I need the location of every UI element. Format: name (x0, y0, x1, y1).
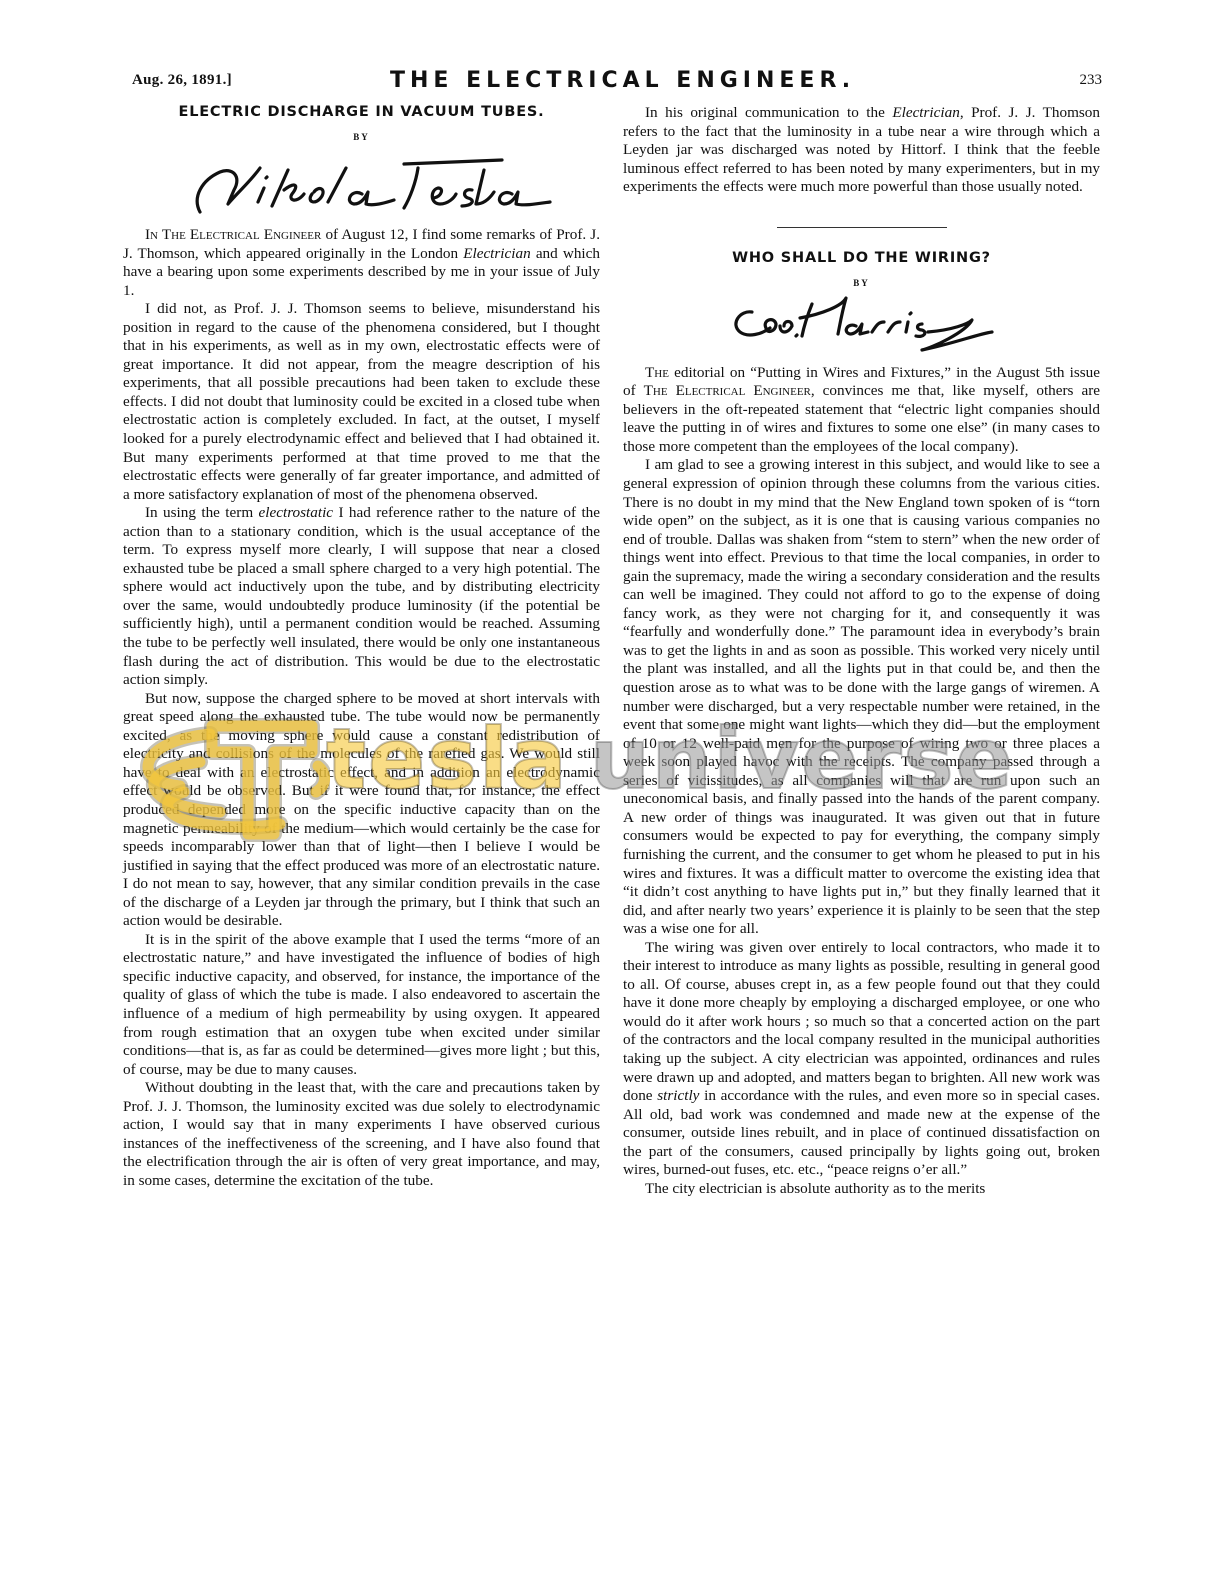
text-run: The wiring was given over entirely to lo… (623, 939, 1100, 1104)
issue-date: Aug. 26, 1891.] (132, 72, 232, 89)
paragraph: The wiring was given over entirely to lo… (623, 939, 1100, 1180)
tesla-signature-icon: Nikola Tesla (172, 142, 552, 222)
italic-term: electrostatic (259, 504, 334, 521)
italic-title: Electrician (463, 245, 530, 262)
italic-emphasis: strictly (657, 1087, 699, 1104)
running-head: Aug. 26, 1891.] THE ELECTRICAL ENGINEER.… (132, 68, 1102, 98)
journal-reference: The Electrical Engineer (644, 382, 811, 399)
lead-in-text: The (645, 364, 669, 381)
paragraph: The editorial on “Putting in Wires and F… (623, 364, 1100, 457)
italic-title: Electrician (892, 104, 959, 121)
journal-title: THE ELECTRICAL ENGINEER. (390, 68, 855, 93)
paragraph: I am glad to see a growing interest in t… (623, 456, 1100, 938)
text-run: In his original communication to the (645, 104, 892, 121)
article-title-wiring: WHO SHALL DO THE WIRING? (623, 250, 1100, 266)
paragraph: I did not, as Prof. J. J. Thomson seems … (123, 300, 600, 504)
paragraph: In using the term electrostatic I had re… (123, 504, 600, 689)
left-column: ELECTRIC DISCHARGE IN VACUUM TUBES. BY N… (123, 104, 600, 1190)
byline: BY (123, 132, 600, 142)
page-number: 233 (1080, 72, 1103, 89)
paragraph: The city electrician is absolute authori… (623, 1180, 1100, 1199)
harris-signature-icon: Geo. Harris (722, 288, 1002, 358)
text-run: In using the term (145, 504, 259, 521)
right-column: In his original communication to the Ele… (623, 104, 1100, 1198)
article-title-tesla: ELECTRIC DISCHARGE IN VACUUM TUBES. (123, 104, 600, 120)
paragraph: But now, suppose the charged sphere to b… (123, 690, 600, 931)
paragraph: In his original communication to the Ele… (623, 104, 1100, 197)
section-divider (777, 227, 947, 228)
lead-in-text: In The Electrical Engineer (145, 226, 321, 243)
text-run: I had reference rather to the nature of … (123, 504, 600, 688)
scanned-journal-page: Aug. 26, 1891.] THE ELECTRICAL ENGINEER.… (0, 0, 1224, 1584)
paragraph: It is in the spirit of the above example… (123, 931, 600, 1079)
paragraph: Without doubting in the least that, with… (123, 1079, 600, 1190)
byline: BY (623, 278, 1100, 288)
paragraph: In The Electrical Engineer of August 12,… (123, 226, 600, 300)
